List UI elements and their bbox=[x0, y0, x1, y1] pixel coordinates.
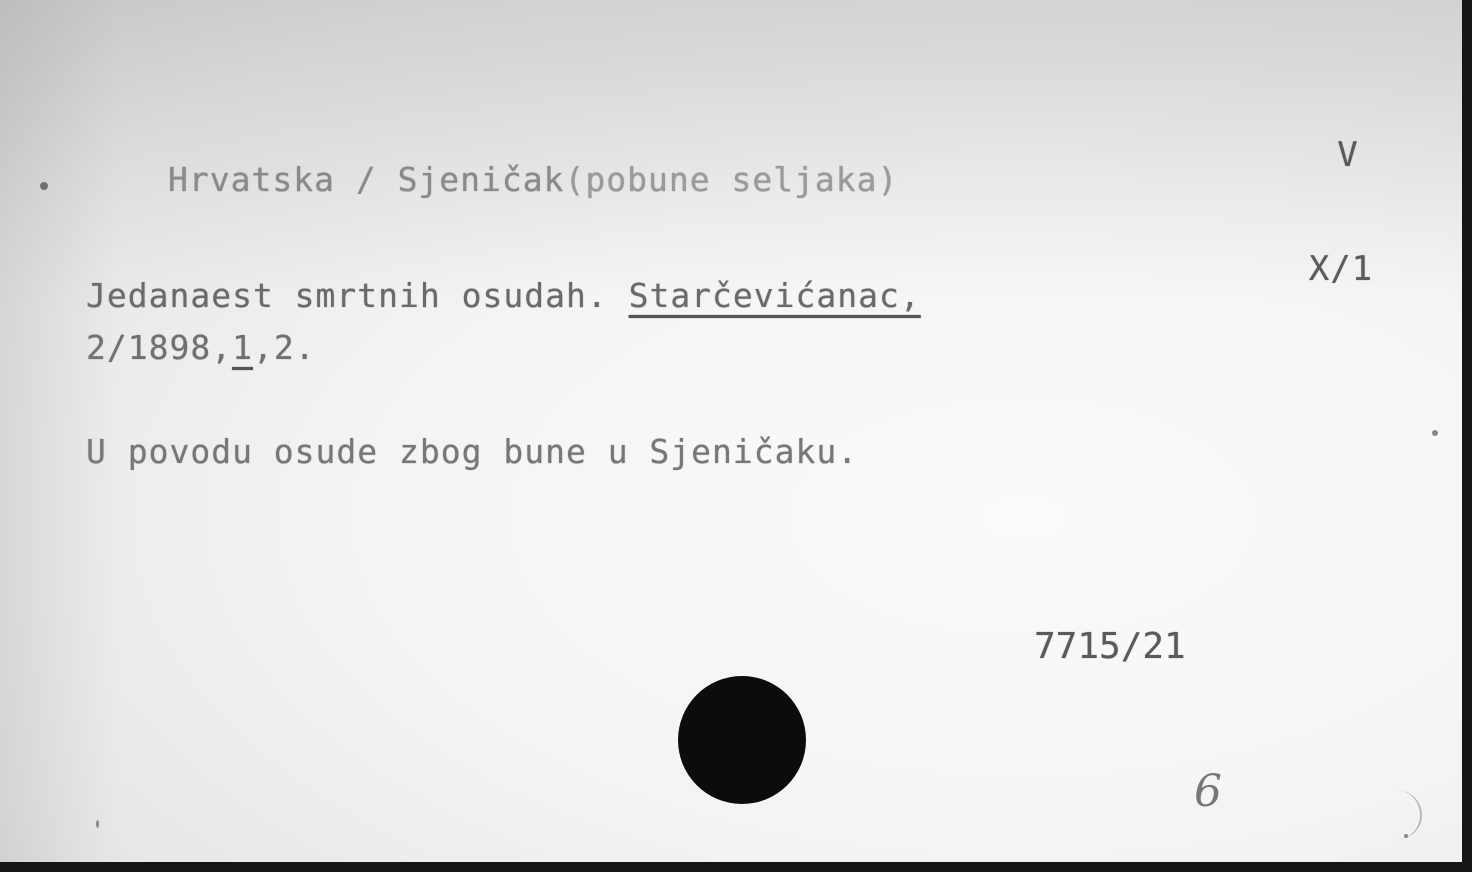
citation-suffix: ,2. bbox=[253, 328, 316, 367]
scan-speck bbox=[1432, 430, 1438, 436]
subject-heading: Hrvatska / Sjeničak(pobune seljaka) bbox=[168, 160, 898, 199]
class-mark: V X/1 bbox=[1298, 60, 1384, 364]
heading-separator: / bbox=[335, 160, 398, 199]
source-publication: Starčevićanac, bbox=[629, 276, 921, 315]
heading-subject: Hrvatska bbox=[168, 160, 335, 199]
entry-title-line: Jedanaest smrtnih osudah. Starčevićanac, bbox=[86, 276, 921, 315]
accession-number: 7715/21 bbox=[1034, 626, 1186, 667]
catalog-card: V X/1 Hrvatska / Sjeničak(pobune seljaka… bbox=[0, 0, 1462, 862]
heading-place: Sjeničak bbox=[398, 160, 565, 199]
citation-underlined: 1 bbox=[232, 328, 253, 367]
scan-border-right bbox=[1462, 0, 1472, 872]
citation-line: 2/1898,1,2. bbox=[86, 328, 316, 367]
heading-qualifier: (pobune seljaka) bbox=[565, 160, 899, 199]
scan-speck bbox=[96, 820, 99, 828]
punch-hole bbox=[678, 676, 806, 804]
class-mark-bottom: X/1 bbox=[1298, 250, 1384, 288]
handwritten-mark: 6 bbox=[1194, 766, 1222, 817]
class-mark-top: V bbox=[1298, 136, 1384, 174]
annotation-note: U povodu osude zbog bune u Sjeničaku. bbox=[86, 432, 858, 471]
entry-title: Jedanaest smrtnih osudah. bbox=[86, 276, 608, 315]
scan-scratch bbox=[1370, 790, 1422, 840]
margin-dot bbox=[40, 182, 48, 190]
scan-border-bottom bbox=[0, 862, 1472, 872]
citation-prefix: 2/1898, bbox=[86, 328, 232, 367]
